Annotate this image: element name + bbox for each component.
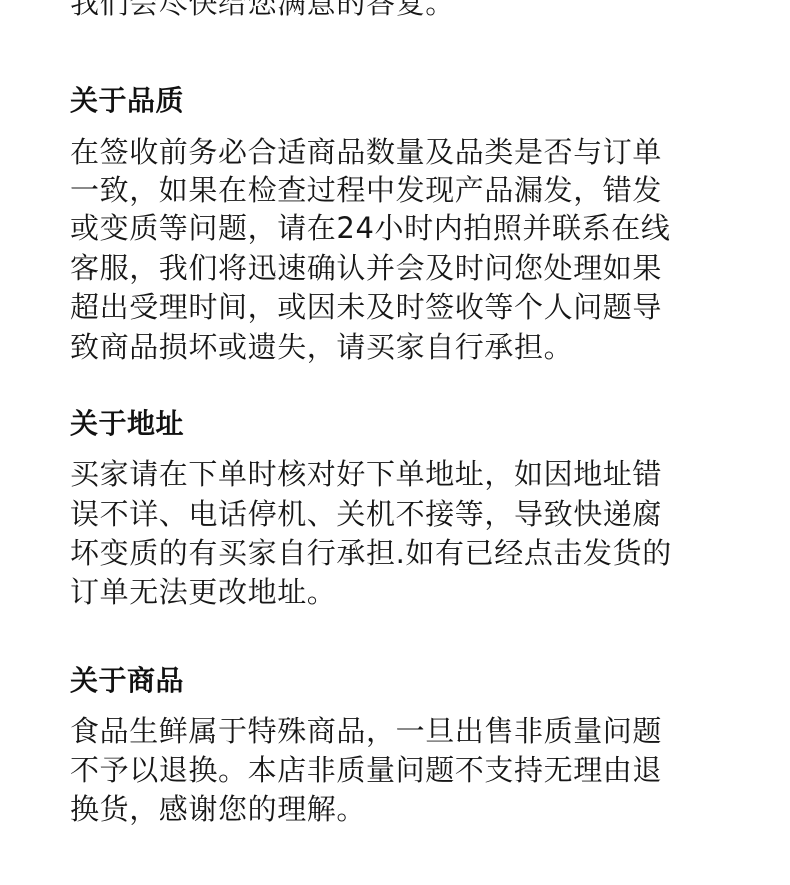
section-heading-address: 关于地址 <box>70 407 184 441</box>
quality-line-3: 或变质等问题，请在24小时内拍照并联系在线 <box>70 211 671 245</box>
goods-line-1: 食品生鲜属于特殊商品，一旦出售非质量问题 <box>70 714 662 748</box>
address-line-2: 误不详、电话停机、关机不接等，导致快递腐 <box>70 497 662 531</box>
quality-line-2: 一致，如果在检查过程中发现产品漏发，错发 <box>70 173 662 207</box>
quality-line-5: 超出受理时间，或因未及时签收等个人问题导 <box>70 290 662 324</box>
goods-line-2: 不予以退换。本店非质量问题不支持无理由退 <box>70 753 662 787</box>
section-heading-goods: 关于商品 <box>70 664 184 698</box>
quality-line-6: 致商品损坏或遗失，请买家自行承担。 <box>70 330 573 364</box>
address-line-1: 买家请在下单时核对好下单地址，如因地址错 <box>70 457 662 491</box>
address-line-3: 坏变质的有买家自行承担.如有已经点击发货的 <box>70 536 672 570</box>
section-heading-quality: 关于品质 <box>70 84 184 118</box>
intro-partial-line: 我们会尽快给您满意的答复。 <box>70 0 455 20</box>
policy-document: 我们会尽快给您满意的答复。 关于品质 在签收前务必合适商品数量及品类是否与订单 … <box>0 0 790 885</box>
quality-line-4: 客服，我们将迅速确认并会及时问您处理如果 <box>70 251 662 285</box>
quality-line-1: 在签收前务必合适商品数量及品类是否与订单 <box>70 135 662 169</box>
address-line-4: 订单无法更改地址。 <box>70 575 336 609</box>
goods-line-3: 换货，感谢您的理解。 <box>70 792 366 826</box>
